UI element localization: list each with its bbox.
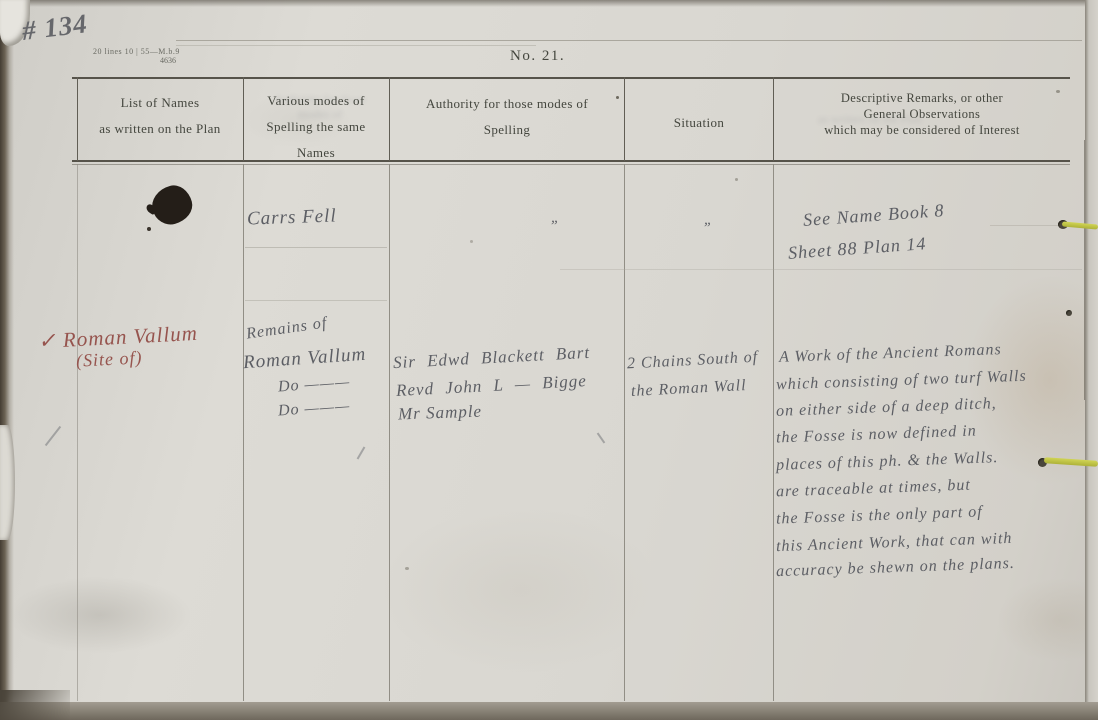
row2-spelling-line: Roman Vallum [242,344,367,375]
row2-remarks-line: are traceable at times, but [776,477,971,502]
header-line: Spelling [392,117,622,143]
header-list-of-names: List of Names as written on the Plan [80,90,240,142]
table-left-border-lower [77,164,78,701]
page-number: No. 21. [510,48,565,65]
header-authority: Authority for those modes of Spelling [392,91,622,143]
row1-spelling-entry: Carrs Fell [247,205,337,230]
surveyor-checkmark: ✓ [37,328,57,353]
faint-row-rule-a [245,247,387,248]
show-through-text: Authority for those modes of [260,92,380,122]
underlying-page-edge [1085,0,1098,720]
row2-spelling-ditto: Do ——— [277,398,350,421]
header-line: List of Names [80,90,240,116]
book-binding-edge [0,0,14,720]
row2-remarks-line: the Fosse is the only part of [776,503,983,528]
page-corner-annotation: # 134 [20,8,89,47]
paper-speck [616,96,619,99]
row1-authority-ditto: „ [551,210,560,227]
show-through-text: as written on the Plan [790,112,950,127]
faint-row-rule-b [245,300,387,301]
col-divider-3-lower [624,164,625,701]
header-line: as written on the Plan [80,116,240,142]
paper-speck [735,178,738,181]
binding-hole [1066,310,1072,316]
row2-spelling-ditto: Do ——— [277,374,350,397]
row2-remarks-line: which consisting of two turf Walls [776,368,1027,395]
torn-paper-edge [0,425,15,540]
row2-remarks-line: A Work of the Ancient Romans [779,341,1002,367]
page-bottom-corner-shadow [0,690,70,720]
paper-speck [405,567,409,570]
col-divider-2-lower [389,164,390,701]
top-rule-short [176,45,536,46]
row2-situation-line: 2 Chains South of [627,349,759,374]
ink-blot-dot [147,227,151,231]
row2-remarks-line: accuracy be shewn on the plans. [776,555,1015,581]
top-rule [176,40,1082,41]
header-bottom-border-thin [72,164,1070,165]
header-line: Authority for those modes of [392,91,622,117]
row2-authority-line: Sir Edwd Blackett Bart [393,343,591,373]
col-divider-4-lower [773,164,774,701]
header-situation: Situation [627,110,771,136]
row2-authority-line: Mr Sample [398,402,483,425]
faint-row-rule-c [560,269,1082,270]
header-line: Situation [627,110,771,136]
col-divider-2 [389,77,390,161]
col-divider-4 [773,77,774,161]
row2-remarks-line: places of this ph. & the Walls. [776,449,999,475]
stray-pencil-stroke [357,446,366,459]
col-divider-1 [243,77,244,161]
row2-authority-line: Revd John L — Bigge [396,371,588,401]
row1-situation-ditto: „ [704,212,713,229]
paper-speck [1056,90,1060,93]
table-top-border [72,77,1070,79]
page-top-shadow [0,0,1098,7]
printers-code-line2: 4636 [160,56,176,65]
table-left-border [77,77,78,161]
row2-remarks-line: this Ancient Work, that can with [776,530,1013,556]
page-bottom-edge [0,702,1098,720]
page-edge-line [1084,140,1085,400]
row2-remarks-line: on either side of a deep ditch, [776,395,997,421]
row1-remarks-line: Sheet 88 Plan 14 [787,233,927,264]
row2-spelling-line: Remains of [245,314,328,343]
ink-blot [148,181,196,228]
scanned-register-page: # 134 20 lines 10 | 55—M.b.9 4636 No. 21… [0,0,1098,720]
printers-code-line1: 20 lines 10 | 55—M.b.9 [93,47,180,56]
stray-pencil-stroke [597,433,606,444]
row2-situation-line: the Roman Wall [631,377,747,401]
col-divider-3 [624,77,625,161]
stray-pencil-stroke [45,426,61,446]
row1-remarks-line: See Name Book 8 [802,200,945,231]
paper-speck [470,240,473,243]
row2-remarks-line: the Fosse is now defined in [776,423,977,448]
col-divider-1-lower [243,164,244,701]
row2-name-qualifier: (Site of) [75,347,142,371]
header-bottom-border [72,160,1070,162]
header-line: Descriptive Remarks, or other [778,90,1066,106]
